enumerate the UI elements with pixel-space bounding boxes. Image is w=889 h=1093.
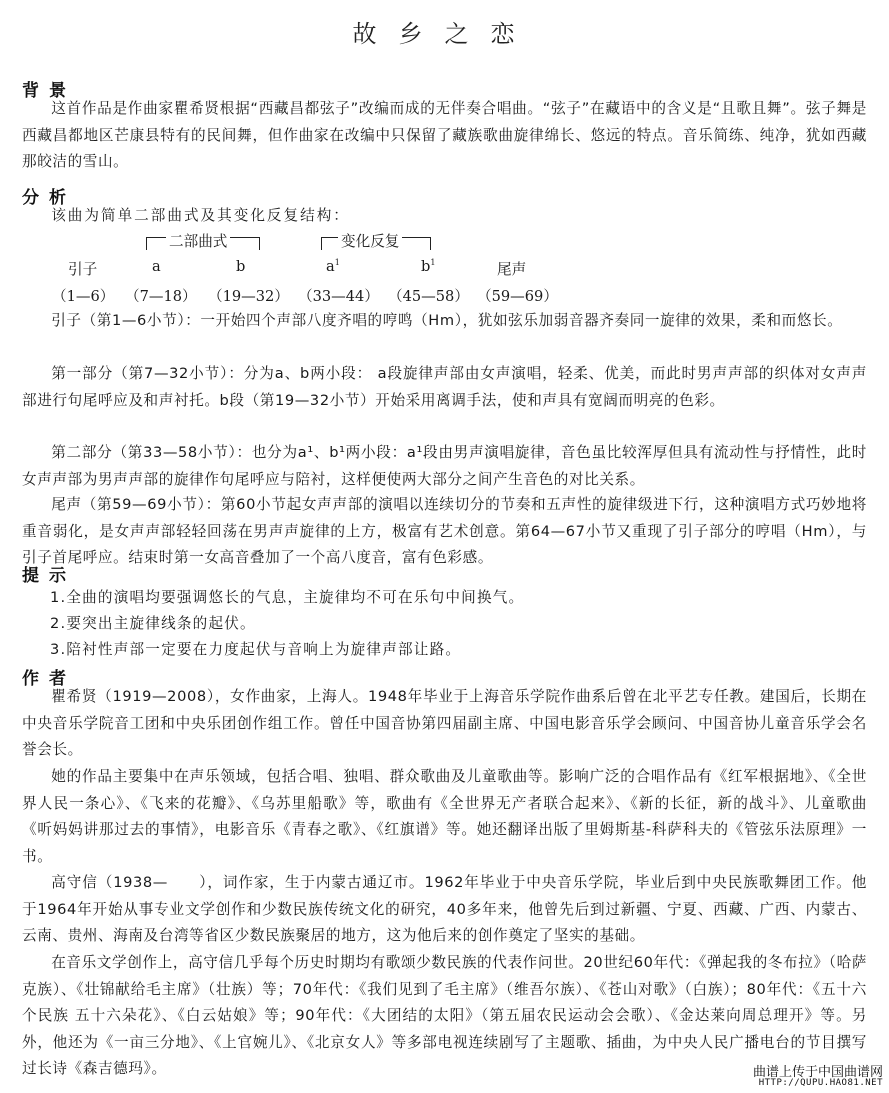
section-b1: b1 xyxy=(421,258,435,275)
page-title: 故乡之恋 xyxy=(0,14,889,49)
binary-form-label: 二部曲式 xyxy=(166,230,230,251)
author-paragraph: 在音乐文学创作上，高守信几乎每个历史时期均有歌颂少数民族的代表作问世。20世纪6… xyxy=(22,950,867,1083)
tip-item: 2.要突出主旋律线条的起伏。 xyxy=(50,612,256,633)
author-paragraph: 瞿希贤（1919—2008），女作曲家，上海人。1948年毕业于上海音乐学院作曲… xyxy=(22,684,867,764)
section-coda: 尾声 xyxy=(497,258,526,279)
tip-item: 3.陪衬性声部一定要在力度起伏与音响上为旋律声部让路。 xyxy=(50,638,461,659)
author-paragraph: 她的作品主要集中在声乐领域，包括合唱、独唱、群众歌曲及儿童歌曲等。影响广泛的合唱… xyxy=(22,764,867,870)
section-a1: a1 xyxy=(326,258,340,275)
background-paragraph: 这首作品是作曲家瞿希贤根据“西藏昌都弦子”改编而成的无伴奏合唱曲。“弦子”在藏语… xyxy=(22,96,867,176)
bars-coda: （59—69） xyxy=(477,285,558,306)
variation-label: 变化反复 xyxy=(338,230,402,251)
analysis-intro: 该曲为简单二部曲式及其变化反复结构： xyxy=(22,203,867,230)
tip-item: 1.全曲的演唱均要强调悠长的气息，主旋律均不可在乐句中间换气。 xyxy=(50,586,524,607)
author-paragraph: 高守信（1938— ），词作家，生于内蒙古通辽市。1962年毕业于中央音乐学院，… xyxy=(22,870,867,950)
watermark-url: HTTP://QUPU.HAO81.NET xyxy=(759,1078,883,1088)
analysis-paragraph-coda: 尾声（第59—69小节）：第60小节起女声声部的演唱以连续切分的节奏和五声性的旋… xyxy=(22,492,867,572)
bars-b: （19—32） xyxy=(208,285,289,306)
bars-a1: （33—44） xyxy=(298,285,379,306)
bars-a: （7—18） xyxy=(125,285,197,306)
bars-b1: （45—58） xyxy=(388,285,469,306)
section-intro: 引子 xyxy=(68,258,97,279)
section-a: a xyxy=(152,258,161,275)
analysis-paragraph-part2: 第二部分（第33—58小节）：也分为a¹、b¹两小段：a¹段由男声演唱旋律，音色… xyxy=(22,440,867,493)
bars-intro: （1—6） xyxy=(52,285,114,306)
heading-tips: 提示 xyxy=(22,561,76,586)
analysis-paragraph-intro: 引子（第1—6小节）：一开始四个声部八度齐唱的哼鸣（Hm），犹如弦乐加弱音器齐奏… xyxy=(22,308,867,335)
analysis-paragraph-part1: 第一部分（第7—32小节）：分为a、b两小段： a段旋律声部由女声演唱，轻柔、优… xyxy=(22,361,867,414)
section-b: b xyxy=(236,258,245,275)
